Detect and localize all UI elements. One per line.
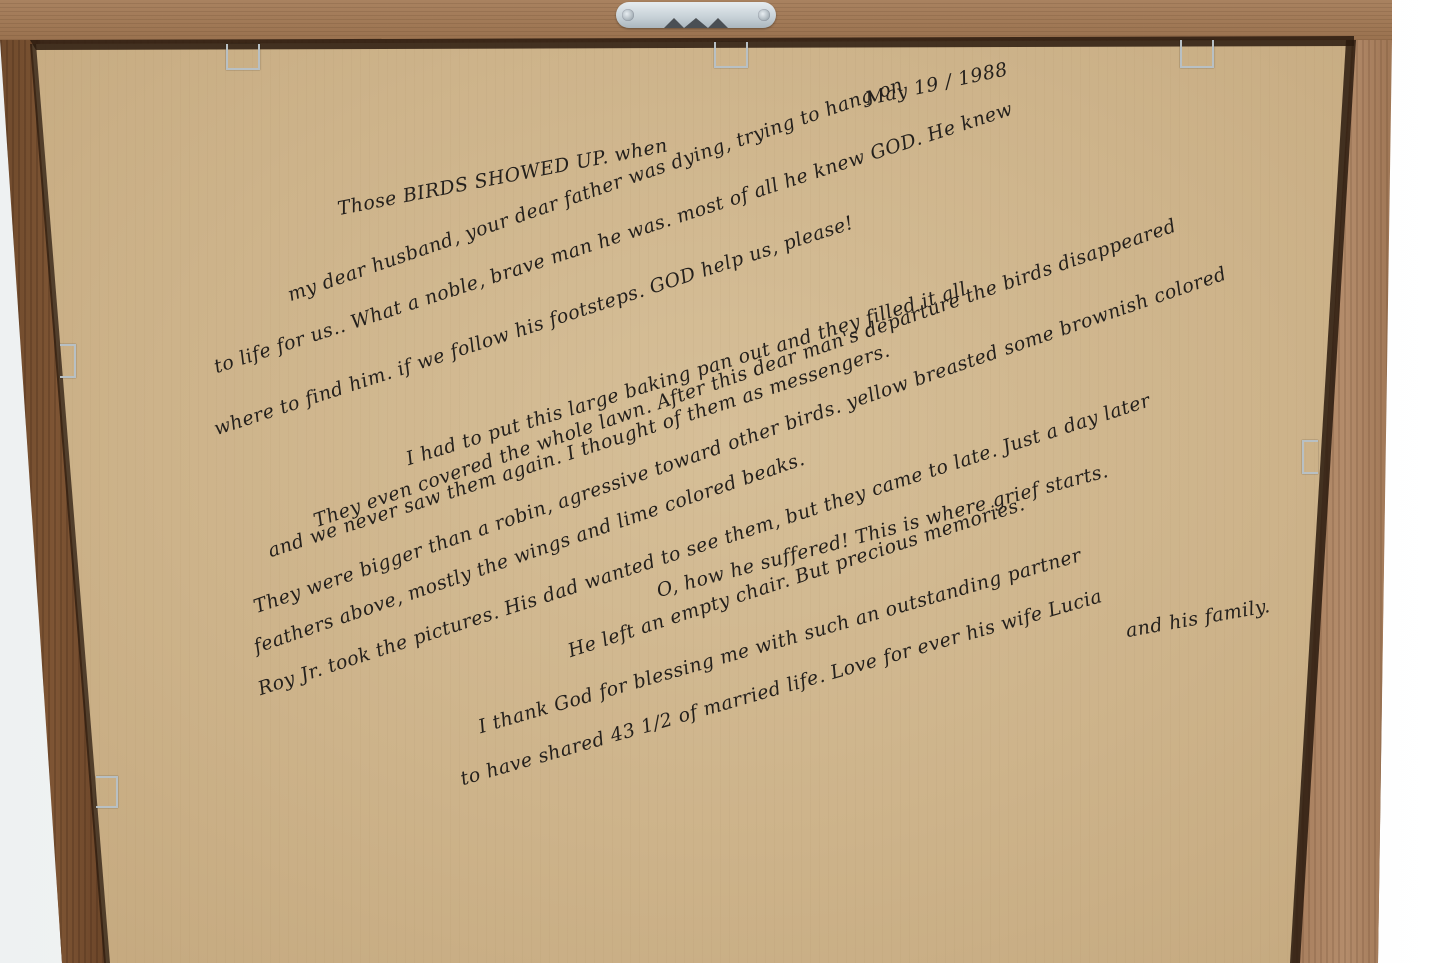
photo-scene: May 19 / 1988 Those BIRDS SHOWED UP. whe…: [0, 0, 1445, 963]
note-line: and his family.: [1124, 595, 1272, 642]
handwritten-note: May 19 / 1988 Those BIRDS SHOWED UP. whe…: [0, 0, 1445, 963]
note-line: to life for us.. What a noble, brave man…: [211, 98, 1015, 378]
note-line: I had to put this large baking pan out a…: [404, 278, 970, 470]
note-line: to have shared 43 1/2 of married life. L…: [458, 585, 1105, 790]
note-line: feathers above, mostly the wings and lim…: [251, 448, 808, 658]
